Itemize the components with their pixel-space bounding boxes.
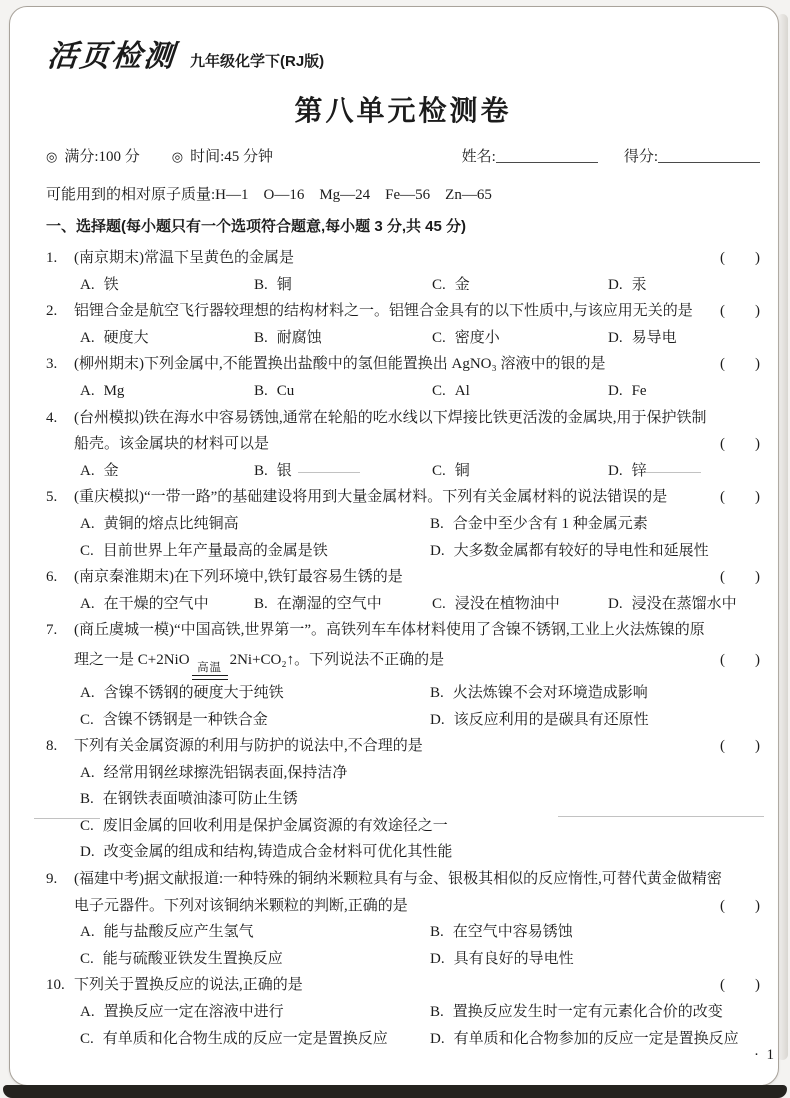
option-text: 大多数金属都有较好的导电性和延展性 [454,543,709,559]
option-label: A. [80,765,95,781]
stem-line: (柳州期末)下列金属中,不能置换出盐酸中的氢但能置换出 AgNO₃ 溶液中的银的… [74,351,760,378]
option-text: 在空气中容易锈蚀 [453,924,573,940]
option-group: A.铁B.铜C.金D.汞 [80,272,760,299]
option-label: B. [254,277,268,293]
scan-artifact-line [643,472,701,473]
option: D.有单质和化合物参加的反应一定是置换反应 [430,1026,760,1053]
option: B.耐腐蚀 [254,325,432,352]
question: 3.(柳州期末)下列金属中,不能置换出盐酸中的氢但能置换出 AgNO₃ 溶液中的… [46,351,760,404]
stem-lines: 铝锂合金是航空飞行器较理想的结构材料之一。铝锂合金具有的以下性质中,与该应用无关… [74,298,760,325]
option-text: 置换反应一定在溶液中进行 [104,1004,284,1020]
condition-label: 高温 [197,662,222,675]
stem-text: 下列有关金属资源的利用与防护的说法中,不合理的是 [74,733,714,760]
option-label: B. [80,791,94,807]
option-text: 经常用钢丝球擦洗铝锅表面,保持洁净 [104,765,348,781]
question: 5.(重庆模拟)“一带一路”的基础建设将用到大量金属材料。下列有关金属材料的说法… [46,484,760,564]
option-text: 黄铜的熔点比纯铜高 [104,516,239,532]
option-text: Mg [104,383,125,399]
question-number: 2. [46,298,74,325]
option-group: A.MgB.CuC.AlD.Fe [80,378,760,405]
score-label: 得分: [624,149,658,165]
option: B.在钢铁表面喷油漆可防止生锈 [80,786,760,813]
question: 10.下列关于置换反应的说法,正确的是( )A.置换反应一定在溶液中进行B.置换… [46,972,760,1052]
option-text: 金 [455,277,470,293]
option-label: A. [80,516,95,532]
question-number: 9. [46,866,74,919]
option-label: A. [80,330,95,346]
option-label: B. [254,330,268,346]
question-stem: 10.下列关于置换反应的说法,正确的是( ) [46,972,760,999]
option: D.该反应利用的是碳具有还原性 [430,707,760,734]
page-edge-shadow [777,14,788,1060]
option-label: D. [430,1031,445,1047]
option: D.Fe [608,378,760,405]
option-label: D. [80,844,95,860]
scan-artifact-line [298,472,360,473]
option-text: 有单质和化合物生成的反应一定是置换反应 [103,1031,388,1047]
option-group: A.经常用钢丝球擦洗铝锅表面,保持洁净B.在钢铁表面喷油漆可防止生锈C.废旧金属… [80,760,760,866]
answer-bracket: ( ) [714,644,760,680]
stem-text: 下列关于置换反应的说法,正确的是 [74,972,714,999]
time-label: 时间:45 分钟 [190,149,273,165]
exam-info-row: ◎满分:100 分 ◎时间:45 分钟 姓名: 得分: [46,146,760,168]
reaction-condition: 高温 [192,662,228,680]
option-group: A.黄铜的熔点比纯铜高B.合金中至少含有 1 种金属元素C.目前世界上年产量最高… [80,511,760,564]
option-text: 改变金属的组成和结构,铸造成合金材料可优化其性能 [104,844,453,860]
option-group: A.能与盐酸反应产生氢气B.在空气中容易锈蚀C.能与硫酸亚铁发生置换反应D.具有… [80,919,760,972]
question-stem: 6.(南京秦淮期末)在下列环境中,铁钉最容易生锈的是( ) [46,564,760,591]
option: A.经常用钢丝球擦洗铝锅表面,保持洁净 [80,760,760,787]
option-label: D. [608,463,623,479]
option-text: 能与硫酸亚铁发生置换反应 [103,951,283,967]
stem-text: (柳州期末)下列金属中,不能置换出盐酸中的氢但能置换出 AgNO₃ 溶液中的银的… [74,351,714,378]
stem-line: 理之一是 C+2NiO高温2Ni+CO₂↑。下列说法不正确的是( ) [74,644,760,680]
option: A.金 [80,458,254,485]
scan-artifact-line [34,818,100,819]
option-text: 含镍不锈钢的硬度大于纯铁 [104,685,284,701]
answer-bracket: ( ) [714,351,760,378]
option-text: 硬度大 [104,330,149,346]
answer-bracket: ( ) [714,972,760,999]
option: B.Cu [254,378,432,405]
stem-lines: (台州模拟)铁在海水中容易锈蚀,通常在轮船的吃水线以下焊接比铁更活泼的金属块,用… [74,405,760,458]
option-label: A. [80,596,95,612]
header-brand-row: 活页检测 九年级化学下(RJ版) [46,40,760,76]
option-group: A.置换反应一定在溶液中进行B.置换反应发生时一定有元素化合价的改变C.有单质和… [80,999,760,1052]
page-title: 第八单元检测卷 [46,92,760,130]
option-label: A. [80,1004,95,1020]
option-text: 密度小 [455,330,500,346]
question: 7.(商丘虞城一模)“中国高铁,世界第一”。高铁列车车体材料使用了含镍不锈钢,工… [46,617,760,733]
option-text: 含镍不锈钢是一种铁合金 [103,712,268,728]
question-stem: 2.铝锂合金是航空飞行器较理想的结构材料之一。铝锂合金具有的以下性质中,与该应用… [46,298,760,325]
option-text: 该反应利用的是碳具有还原性 [454,712,649,728]
option-label: D. [608,596,623,612]
option-text: Al [455,383,470,399]
answer-bracket: ( ) [714,564,760,591]
option-label: D. [430,712,445,728]
stem-line: 下列有关金属资源的利用与防护的说法中,不合理的是( ) [74,733,760,760]
name-field: 姓名: [462,147,598,168]
stem-line: (福建中考)据文献报道:一种特殊的铜纳米颗粒具有与金、银极其相似的反应惰性,可替… [74,866,760,893]
option: A.含镍不锈钢的硬度大于纯铁 [80,680,430,707]
option-text: 能与盐酸反应产生氢气 [104,924,254,940]
option-label: A. [80,383,95,399]
option-label: D. [430,951,445,967]
question-number: 6. [46,564,74,591]
option: D.易导电 [608,325,760,352]
option: B.火法炼镍不会对环境造成影响 [430,680,760,707]
option-label: B. [430,516,444,532]
option: A.能与盐酸反应产生氢气 [80,919,430,946]
stem-lines: (南京期末)常温下呈黄色的金属是( ) [74,245,760,272]
option-label: B. [430,685,444,701]
option-label: B. [430,924,444,940]
question: 6.(南京秦淮期末)在下列环境中,铁钉最容易生锈的是( )A.在干燥的空气中B.… [46,564,760,617]
option-text: 耐腐蚀 [277,330,322,346]
section-heading: 一、选择题(每小题只有一个选项符合题意,每小题 3 分,共 45 分) [46,214,760,240]
option-label: C. [80,1031,94,1047]
option-group: A.在干燥的空气中B.在潮湿的空气中C.浸没在植物油中D.浸没在蒸馏水中 [80,591,760,618]
option-group: A.硬度大B.耐腐蚀C.密度小D.易导电 [80,325,760,352]
question-list: 1.(南京期末)常温下呈黄色的金属是( )A.铁B.铜C.金D.汞2.铝锂合金是… [46,245,760,1052]
book-edition-label: 九年级化学下(RJ版) [190,49,324,76]
stem-text: (台州模拟)铁在海水中容易锈蚀,通常在轮船的吃水线以下焊接比铁更活泼的金属块,用… [74,405,760,432]
atomic-masses-note: 可能用到的相对原子质量:H—1 O—16 Mg—24 Fe—56 Zn—65 [46,182,760,208]
option-label: C. [80,712,94,728]
option: D.浸没在蒸馏水中 [608,591,760,618]
question-number: 3. [46,351,74,378]
stem-text: 船壳。该金属块的材料可以是 [74,431,714,458]
answer-bracket: ( ) [714,245,760,272]
question-number: 4. [46,405,74,458]
stem-lines: (福建中考)据文献报道:一种特殊的铜纳米颗粒具有与金、银极其相似的反应惰性,可替… [74,866,760,919]
option-text: 火法炼镍不会对环境造成影响 [453,685,648,701]
question-stem: 5.(重庆模拟)“一带一路”的基础建设将用到大量金属材料。下列有关金属材料的说法… [46,484,760,511]
question-number: 5. [46,484,74,511]
question-number: 7. [46,617,74,680]
option-text: 浸没在植物油中 [455,596,560,612]
answer-bracket: ( ) [714,733,760,760]
option-label: A. [80,277,95,293]
option-label: C. [432,330,446,346]
option-label: A. [80,685,95,701]
option-label: A. [80,463,95,479]
option-text: 合金中至少含有 1 种金属元素 [453,516,648,532]
stem-line: 船壳。该金属块的材料可以是( ) [74,431,760,458]
option-text: 浸没在蒸馏水中 [632,596,737,612]
name-blank-line [496,147,598,163]
answer-bracket: ( ) [714,431,760,458]
option-label: C. [80,818,94,834]
time-item: ◎时间:45 分钟 [172,146,273,168]
question-stem: 3.(柳州期末)下列金属中,不能置换出盐酸中的氢但能置换出 AgNO₃ 溶液中的… [46,351,760,378]
question: 8.下列有关金属资源的利用与防护的说法中,不合理的是( )A.经常用钢丝球擦洗铝… [46,733,760,866]
option: C.有单质和化合物生成的反应一定是置换反应 [80,1026,430,1053]
option-text: 在潮湿的空气中 [277,596,382,612]
option-text: 铜 [455,463,470,479]
question-stem: 8.下列有关金属资源的利用与防护的说法中,不合理的是( ) [46,733,760,760]
ring-bullet-icon: ◎ [172,149,183,164]
option-text: 铁 [104,277,119,293]
page-number: · 1 [754,1047,774,1064]
stem-line: (南京期末)常温下呈黄色的金属是( ) [74,245,760,272]
option-label: D. [608,383,623,399]
score-blank-line [658,147,760,163]
option-text: 在钢铁表面喷油漆可防止生锈 [103,791,298,807]
option: A.在干燥的空气中 [80,591,254,618]
question-number: 1. [46,245,74,272]
question-stem: 7.(商丘虞城一模)“中国高铁,世界第一”。高铁列车车体材料使用了含镍不锈钢,工… [46,617,760,680]
option: C.含镍不锈钢是一种铁合金 [80,707,430,734]
question: 2.铝锂合金是航空飞行器较理想的结构材料之一。铝锂合金具有的以下性质中,与该应用… [46,298,760,351]
question-stem: 9.(福建中考)据文献报道:一种特殊的铜纳米颗粒具有与金、银极其相似的反应惰性,… [46,866,760,919]
option: C.浸没在植物油中 [432,591,608,618]
option-label: C. [432,383,446,399]
page-content: 活页检测 九年级化学下(RJ版) 第八单元检测卷 ◎满分:100 分 ◎时间:4… [46,40,760,1052]
option: C.铜 [432,458,608,485]
option: A.置换反应一定在溶液中进行 [80,999,430,1026]
option-label: B. [254,383,268,399]
name-label: 姓名: [462,149,496,165]
option-text: 锌 [632,463,647,479]
score-field: 得分: [624,147,760,168]
option-label: B. [430,1004,444,1020]
stem-line: (南京秦淮期末)在下列环境中,铁钉最容易生锈的是( ) [74,564,760,591]
book-bottom-edge [3,1085,787,1098]
option: C.金 [432,272,608,299]
question-stem: 4.(台州模拟)铁在海水中容易锈蚀,通常在轮船的吃水线以下焊接比铁更活泼的金属块… [46,405,760,458]
option-label: A. [80,924,95,940]
option-label: B. [254,463,268,479]
option-label: C. [432,596,446,612]
option-label: D. [608,330,623,346]
stem-line: (商丘虞城一模)“中国高铁,世界第一”。高铁列车车体材料使用了含镍不锈钢,工业上… [74,617,760,644]
option-text: 目前世界上年产量最高的金属是铁 [103,543,328,559]
option: A.黄铜的熔点比纯铜高 [80,511,430,538]
option-text: 易导电 [632,330,677,346]
stem-line: 铝锂合金是航空飞行器较理想的结构材料之一。铝锂合金具有的以下性质中,与该应用无关… [74,298,760,325]
option-label: C. [80,951,94,967]
stem-text: (商丘虞城一模)“中国高铁,世界第一”。高铁列车车体材料使用了含镍不锈钢,工业上… [74,617,760,644]
option: B.在潮湿的空气中 [254,591,432,618]
option-text: Cu [277,383,295,399]
option-text: 金 [104,463,119,479]
answer-bracket: ( ) [714,298,760,325]
option-text: 具有良好的导电性 [454,951,574,967]
ring-bullet-icon: ◎ [46,149,57,164]
stem-lines: (商丘虞城一模)“中国高铁,世界第一”。高铁列车车体材料使用了含镍不锈钢,工业上… [74,617,760,680]
stem-lines: 下列关于置换反应的说法,正确的是( ) [74,972,760,999]
stem-line: 电子元器件。下列对该铜纳米颗粒的判断,正确的是( ) [74,893,760,920]
option-text: 有单质和化合物参加的反应一定是置换反应 [454,1031,739,1047]
option-text: 在干燥的空气中 [104,596,209,612]
stem-lines: 下列有关金属资源的利用与防护的说法中,不合理的是( ) [74,733,760,760]
option: D.汞 [608,272,760,299]
scan-artifact-line [558,816,764,817]
option: A.铁 [80,272,254,299]
option-label: C. [432,463,446,479]
series-logo: 活页检测 [46,40,177,74]
option: C.目前世界上年产量最高的金属是铁 [80,538,430,565]
option: B.置换反应发生时一定有元素化合价的改变 [430,999,760,1026]
stem-text: 铝锂合金是航空飞行器较理想的结构材料之一。铝锂合金具有的以下性质中,与该应用无关… [74,298,714,325]
stem-text: (重庆模拟)“一带一路”的基础建设将用到大量金属材料。下列有关金属材料的说法错误… [74,484,714,511]
option: C.密度小 [432,325,608,352]
option: D.具有良好的导电性 [430,946,760,973]
option: C.Al [432,378,608,405]
full-score-label: 满分:100 分 [64,149,139,165]
option-label: B. [254,596,268,612]
question-number: 10. [46,972,74,999]
option-label: C. [432,277,446,293]
stem-lines: (重庆模拟)“一带一路”的基础建设将用到大量金属材料。下列有关金属材料的说法错误… [74,484,760,511]
answer-bracket: ( ) [714,484,760,511]
stem-lines: (柳州期末)下列金属中,不能置换出盐酸中的氢但能置换出 AgNO₃ 溶液中的银的… [74,351,760,378]
option-label: C. [80,543,94,559]
answer-bracket: ( ) [714,893,760,920]
option: A.硬度大 [80,325,254,352]
option-text: 银 [277,463,292,479]
option-label: D. [430,543,445,559]
option-text: 置换反应发生时一定有元素化合价的改变 [453,1004,723,1020]
option: B.在空气中容易锈蚀 [430,919,760,946]
stem-text: (南京秦淮期末)在下列环境中,铁钉最容易生锈的是 [74,564,714,591]
option: D.改变金属的组成和结构,铸造成合金材料可优化其性能 [80,839,760,866]
question: 1.(南京期末)常温下呈黄色的金属是( )A.铁B.铜C.金D.汞 [46,245,760,298]
stem-text: 理之一是 C+2NiO高温2Ni+CO₂↑。下列说法不正确的是 [74,644,714,680]
option: D.大多数金属都有较好的导电性和延展性 [430,538,760,565]
stem-text: (南京期末)常温下呈黄色的金属是 [74,245,714,272]
option: B.铜 [254,272,432,299]
option-label: D. [608,277,623,293]
stem-line: (台州模拟)铁在海水中容易锈蚀,通常在轮船的吃水线以下焊接比铁更活泼的金属块,用… [74,405,760,432]
option-text: Fe [632,383,647,399]
stem-line: 下列关于置换反应的说法,正确的是( ) [74,972,760,999]
option: B.合金中至少含有 1 种金属元素 [430,511,760,538]
option: A.Mg [80,378,254,405]
full-score-item: ◎满分:100 分 [46,146,140,168]
option-text: 废旧金属的回收利用是保护金属资源的有效途径之一 [103,818,448,834]
stem-lines: (南京秦淮期末)在下列环境中,铁钉最容易生锈的是( ) [74,564,760,591]
option: C.能与硫酸亚铁发生置换反应 [80,946,430,973]
option-group: A.含镍不锈钢的硬度大于纯铁B.火法炼镍不会对环境造成影响C.含镍不锈钢是一种铁… [80,680,760,733]
question-stem: 1.(南京期末)常温下呈黄色的金属是( ) [46,245,760,272]
option-text: 汞 [632,277,647,293]
option-text: 铜 [277,277,292,293]
question-number: 8. [46,733,74,760]
question: 9.(福建中考)据文献报道:一种特殊的铜纳米颗粒具有与金、银极其相似的反应惰性,… [46,866,760,972]
stem-line: (重庆模拟)“一带一路”的基础建设将用到大量金属材料。下列有关金属材料的说法错误… [74,484,760,511]
stem-text: 电子元器件。下列对该铜纳米颗粒的判断,正确的是 [74,893,714,920]
stem-text: (福建中考)据文献报道:一种特殊的铜纳米颗粒具有与金、银极其相似的反应惰性,可替… [74,866,760,893]
